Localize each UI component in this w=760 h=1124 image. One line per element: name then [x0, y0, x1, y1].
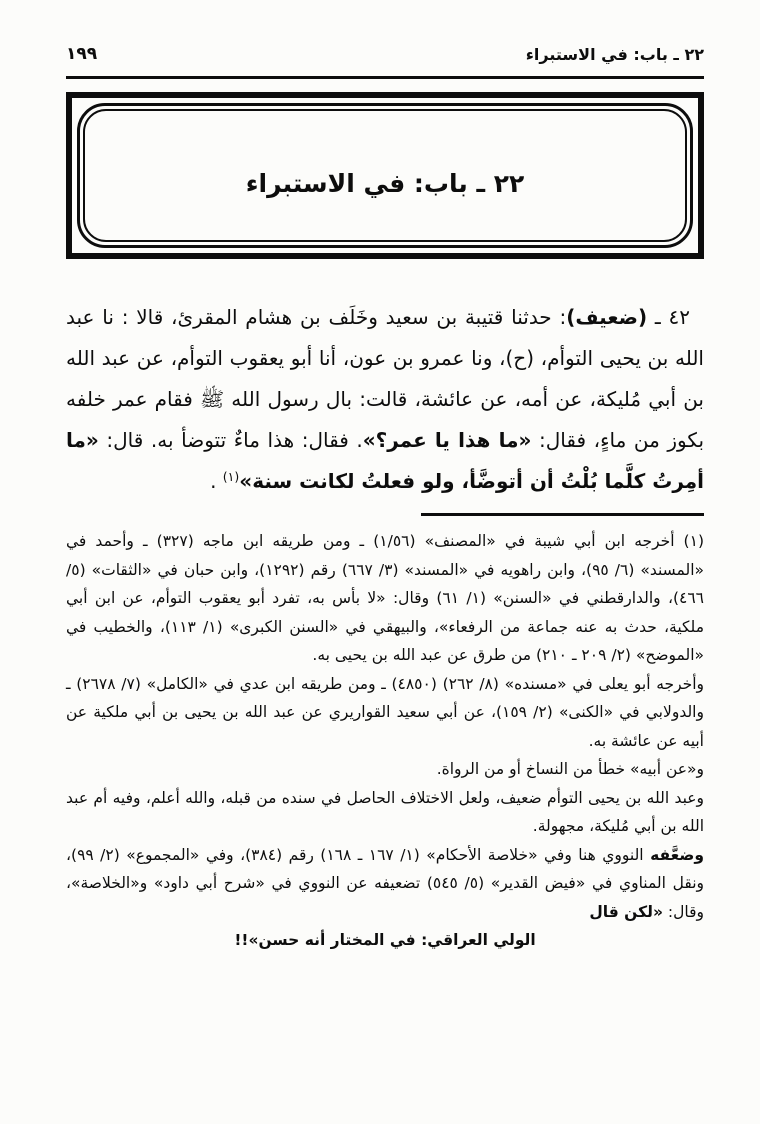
text-run: وأخرجه أبو يعلى في «مسنده» (٨/ ٢٦٢) (٤٨٥…	[66, 675, 704, 750]
footnote-paragraph: و«عن أبيه» خطأ من النساخ أو من الرواة.	[66, 755, 704, 784]
footnote-ref-superscript: (١)	[223, 469, 240, 484]
text-run: «لكن قال	[589, 903, 663, 921]
text-run: الولي العراقي: في المختار أنه حسن»!!	[234, 931, 535, 949]
text-run: أخرجه ابن أبي شيبة في «المصنف» (١/٥٦) ـ …	[66, 532, 704, 664]
footnote-paragraph: الولي العراقي: في المختار أنه حسن»!!	[66, 926, 704, 955]
page-number: ١٩٩	[66, 44, 97, 64]
chapter-title: ٢٢ ـ باب: في الاستبراء	[246, 153, 525, 198]
page-header: ٢٢ ـ باب: في الاستبراء ١٩٩	[66, 44, 704, 64]
footnote-marker: (١)	[675, 532, 704, 550]
footnote-paragraph: (١)أخرجه ابن أبي شيبة في «المصنف» (١/٥٦)…	[66, 527, 704, 670]
footnote-block: (١)أخرجه ابن أبي شيبة في «المصنف» (١/٥٦)…	[66, 527, 704, 955]
running-head-title: ٢٢ ـ باب: في الاستبراء	[526, 45, 704, 64]
text-run: وعبد الله بن يحيى التوأم ضعيف، ولعل الاخ…	[66, 789, 704, 836]
text-run: . فقال: هذا ماءٌ تتوضأ به. قال:	[99, 428, 363, 452]
footnote-separator	[421, 513, 704, 516]
footnote-paragraph: وعبد الله بن يحيى التوأم ضعيف، ولعل الاخ…	[66, 784, 704, 841]
footnote-paragraph: وضعَّفه النووي هنا وفي «خلاصة الأحكام» (…	[66, 841, 704, 927]
chapter-title-box: ٢٢ ـ باب: في الاستبراء	[66, 92, 704, 259]
text-run: .	[210, 469, 223, 493]
footnote-paragraph: وأخرجه أبو يعلى في «مسنده» (٨/ ٢٦٢) (٤٨٥…	[66, 670, 704, 756]
chapter-frame-inner: ٢٢ ـ باب: في الاستبراء	[83, 109, 687, 242]
chapter-frame-mid: ٢٢ ـ باب: في الاستبراء	[77, 103, 693, 248]
text-run: ٤٢ ـ	[647, 305, 690, 329]
book-page: ٢٢ ـ باب: في الاستبراء ١٩٩ ٢٢ ـ باب: في …	[0, 0, 760, 1124]
page-content: ٢٢ ـ باب: في الاستبراء ١٩٩ ٢٢ ـ باب: في …	[66, 0, 704, 955]
text-run: «ما هذا يا عمر؟»	[363, 428, 532, 452]
text-run: و«عن أبيه» خطأ من النساخ أو من الرواة.	[437, 760, 704, 778]
header-rule	[66, 76, 704, 79]
text-run: وضعَّفه	[650, 846, 704, 864]
hadith-text: ٤٢ ـ (ضعيف): حدثنا قتيبة بن سعيد وخَلَف …	[66, 297, 704, 504]
text-run: (ضعيف)	[566, 305, 647, 329]
